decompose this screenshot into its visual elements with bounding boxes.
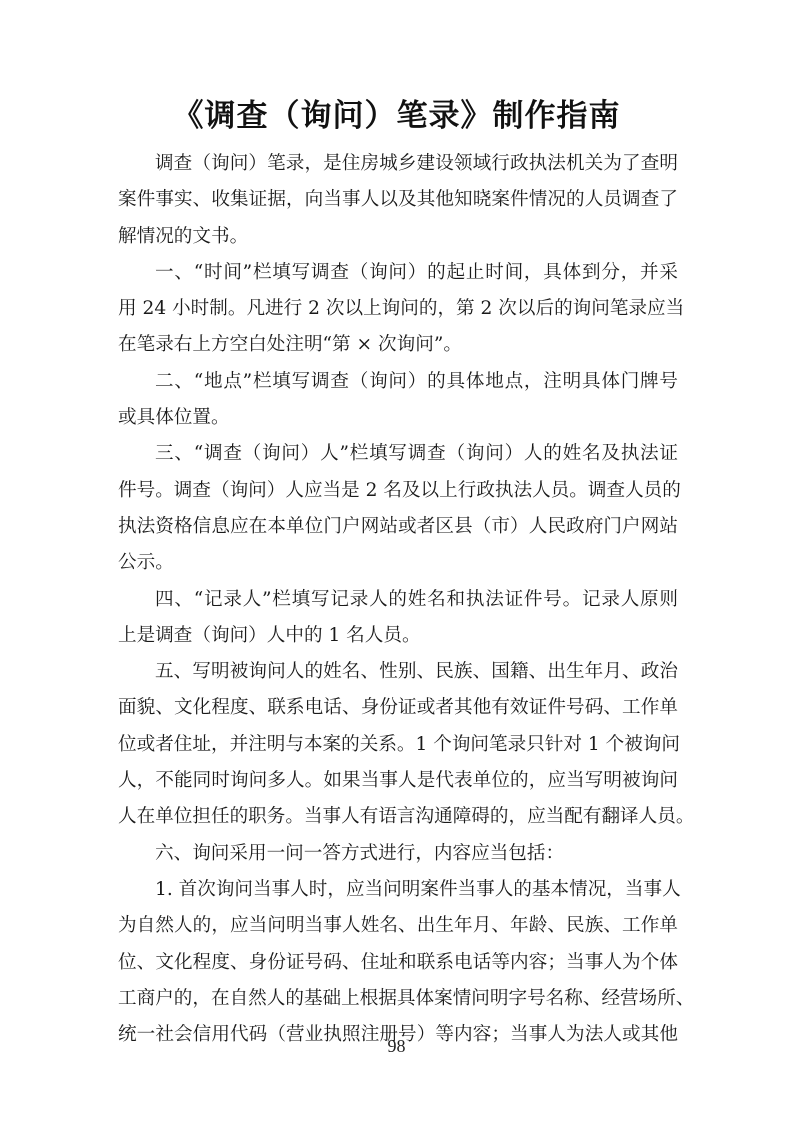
body-text-line: 或具体位置。 [118,400,678,436]
body-text-line: 二、“地点”栏填写调查（询问）的具体地点，注明具体门牌号 [118,364,678,400]
body-text-line: 案件事实、收集证据，向当事人以及其他知晓案件情况的人员调查了 [118,182,678,218]
body-text-line: 一、“时间”栏填写调查（询问）的起止时间，具体到分，并采 [118,255,678,291]
document-body: 调查（询问）笔录，是住房城乡建设领域行政执法机关为了查明案件事实、收集证据，向当… [118,146,678,1053]
body-text-line: 为自然人的，应当问明当事人姓名、出生年月、年龄、民族、工作单 [118,908,678,944]
body-text-line: 上是调查（询问）人中的 1 名人员。 [118,618,678,654]
body-text-line: 件号。调查（询问）人应当是 2 名及以上行政执法人员。调查人员的 [118,473,678,509]
body-text-line: 三、“调查（询问）人”栏填写调查（询问）人的姓名及执法证 [118,436,678,472]
document-title: 《调查（询问）笔录》制作指南 [0,94,793,138]
body-text-line: 四、“记录人”栏填写记录人的姓名和执法证件号。记录人原则 [118,582,678,618]
body-text-line: 工商户的，在自然人的基础上根据具体案情问明字号名称、经营场所、 [118,981,678,1017]
body-text-line: 位、文化程度、身份证号码、住址和联系电话等内容；当事人为个体 [118,945,678,981]
body-text-line: 公示。 [118,545,678,581]
body-text-line: 六、询问采用一问一答方式进行，内容应当包括： [118,836,678,872]
body-text-line: 五、写明被询问人的姓名、性别、民族、国籍、出生年月、政治 [118,654,678,690]
body-text-line: 位或者住址，并注明与本案的关系。1 个询问笔录只针对 1 个被询问 [118,727,678,763]
body-text-line: 用 24 小时制。凡进行 2 次以上询问的，第 2 次以后的询问笔录应当 [118,291,678,327]
body-text-line: 解情况的文书。 [118,219,678,255]
body-text-line: 人在单位担任的职务。当事人有语言沟通障碍的，应当配有翻译人员。 [118,799,678,835]
document-page: 《调查（询问）笔录》制作指南 调查（询问）笔录，是住房城乡建设领域行政执法机关为… [0,0,793,1122]
body-text-line: 在笔录右上方空白处注明“第 × 次询问”。 [118,327,678,363]
body-text-line: 执法资格信息应在本单位门户网站或者区县（市）人民政府门户网站 [118,509,678,545]
body-text-line: 人，不能同时询问多人。如果当事人是代表单位的，应当写明被询问 [118,763,678,799]
body-text-line: 面貌、文化程度、联系电话、身份证或者其他有效证件号码、工作单 [118,690,678,726]
body-text-line: 调查（询问）笔录，是住房城乡建设领域行政执法机关为了查明 [118,146,678,182]
page-number: 98 [0,1036,793,1057]
body-text-line: 1. 首次询问当事人时，应当问明案件当事人的基本情况，当事人 [118,872,678,908]
